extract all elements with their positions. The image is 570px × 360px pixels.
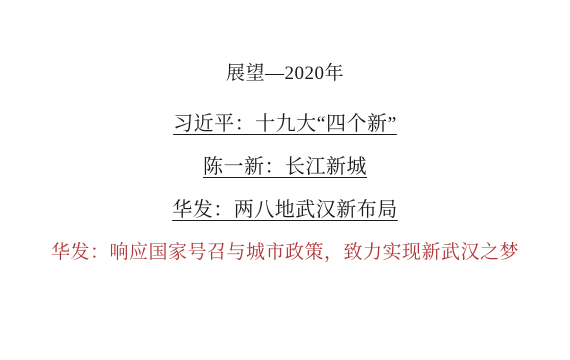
highlight-line-huafa-slogan: 华发：响应国家号召与城市政策，致力实现新武汉之梦 bbox=[0, 241, 570, 265]
slide: 展望—2020年 习近平：十九大“四个新” 陈一新：长江新城 华发：两八地武汉新… bbox=[0, 0, 570, 360]
slide-title: 展望—2020年 bbox=[0, 62, 570, 86]
bullet-line-chen-yixin: 陈一新：长江新城 bbox=[0, 155, 570, 179]
bullet-text-chen-yixin: 陈一新：长江新城 bbox=[203, 155, 367, 179]
bullet-line-xi-jinping: 习近平：十九大“四个新” bbox=[0, 112, 570, 136]
bullet-text-xi-jinping: 习近平：十九大“四个新” bbox=[173, 112, 397, 136]
bullet-line-huafa-layout: 华发：两八地武汉新布局 bbox=[0, 198, 570, 222]
bullet-text-huafa-layout: 华发：两八地武汉新布局 bbox=[172, 198, 398, 222]
